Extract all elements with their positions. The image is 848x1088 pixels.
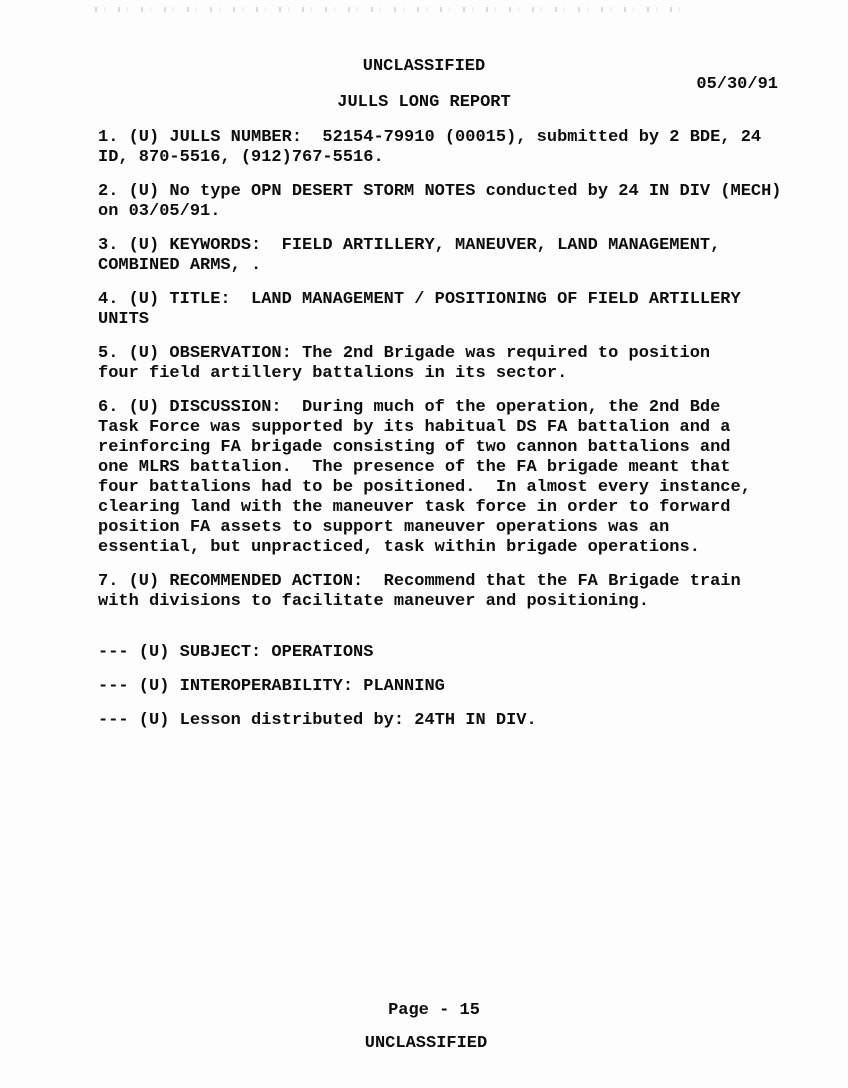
- paragraph-title: 4. (U) TITLE: LAND MANAGEMENT / POSITION…: [98, 290, 822, 330]
- classification-header: UNCLASSIFIED: [0, 58, 848, 76]
- report-date: 05/30/91: [0, 76, 848, 94]
- document-footer: Page - 15 UNCLASSIFIED: [0, 1001, 848, 1054]
- document-header: UNCLASSIFIED 05/30/91 JULLS LONG REPORT: [0, 0, 848, 112]
- paragraph-discussion: 6. (U) DISCUSSION: During much of the op…: [98, 398, 822, 558]
- document-page: UNCLASSIFIED 05/30/91 JULLS LONG REPORT …: [0, 0, 848, 1088]
- report-body: 1. (U) JULLS NUMBER: 52154-79910 (00015)…: [98, 128, 822, 731]
- dash-line-interoperability: --- (U) INTEROPERABILITY: PLANNING: [98, 677, 822, 697]
- paragraph-julls-number: 1. (U) JULLS NUMBER: 52154-79910 (00015)…: [98, 128, 822, 168]
- report-title: JULLS LONG REPORT: [0, 94, 848, 112]
- page-number: Page - 15: [20, 1001, 848, 1021]
- dash-line-subject: --- (U) SUBJECT: OPERATIONS: [98, 643, 822, 663]
- dash-line-distribution: --- (U) Lesson distributed by: 24TH IN D…: [98, 711, 822, 731]
- classification-footer: UNCLASSIFIED: [4, 1034, 848, 1054]
- scan-noise-artifact: [95, 7, 685, 12]
- paragraph-operation-notes: 2. (U) No type OPN DESERT STORM NOTES co…: [98, 182, 822, 222]
- paragraph-keywords: 3. (U) KEYWORDS: FIELD ARTILLERY, MANEUV…: [98, 236, 822, 276]
- paragraph-observation: 5. (U) OBSERVATION: The 2nd Brigade was …: [98, 344, 822, 384]
- dash-lines-section: --- (U) SUBJECT: OPERATIONS --- (U) INTE…: [98, 643, 822, 731]
- paragraph-recommended-action: 7. (U) RECOMMENDED ACTION: Recommend tha…: [98, 572, 822, 612]
